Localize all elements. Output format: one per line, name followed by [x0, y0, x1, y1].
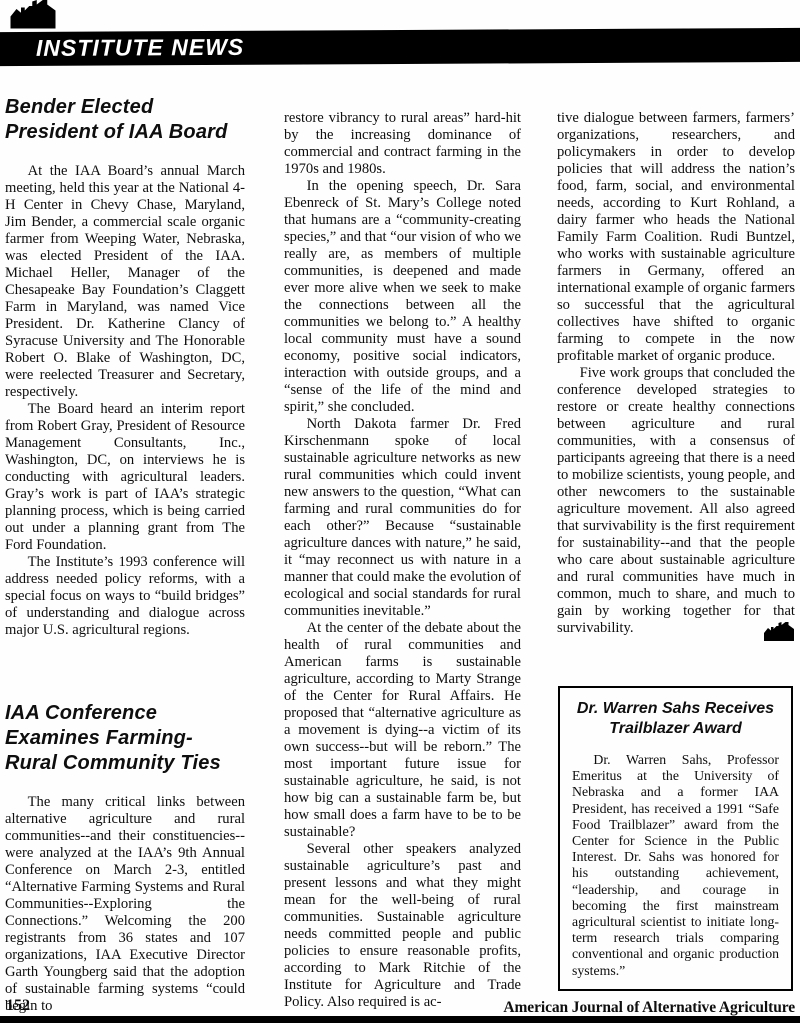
- journal-page: INSTITUTE NEWS Bender Elected President …: [0, 0, 800, 1023]
- barn-icon: [8, 0, 58, 30]
- body-paragraph: Dr. Warren Sahs, Professor Emeritus at t…: [572, 752, 779, 979]
- body-paragraph: North Dakota farmer Dr. Fred Kirschenman…: [284, 416, 521, 620]
- footer-rule: [0, 1016, 800, 1023]
- body-paragraph: Several other speakers analyzed sustaina…: [284, 841, 521, 1011]
- article-heading-conference: IAA Conference Examines Farming-Rural Co…: [5, 701, 245, 776]
- award-box: Dr. Warren Sahs Receives Trailblazer Awa…: [558, 686, 793, 991]
- body-paragraph: The Board heard an interim report from R…: [5, 401, 245, 554]
- column-2: restore vibrancy to rural areas” hard-hi…: [284, 110, 521, 1011]
- institute-news-banner: INSTITUTE NEWS: [0, 28, 800, 66]
- journal-title: American Journal of Alternative Agricult…: [503, 999, 795, 1017]
- article-iaa-conference: IAA Conference Examines Farming-Rural Co…: [5, 701, 245, 1015]
- body-paragraph: The Institute’s 1993 conference will add…: [5, 554, 245, 639]
- body-paragraph: The many critical links between alternat…: [5, 794, 245, 1015]
- award-box-heading: Dr. Warren Sahs Receives Trailblazer Awa…: [572, 699, 779, 739]
- body-paragraph: tive dialogue between farmers, farmers’ …: [557, 110, 795, 365]
- body-paragraph: At the IAA Board’s annual March meeting,…: [5, 163, 245, 401]
- body-paragraph: restore vibrancy to rural areas” hard-hi…: [284, 110, 521, 178]
- body-paragraph: In the opening speech, Dr. Sara Ebenreck…: [284, 178, 521, 416]
- barn-end-icon: [763, 622, 795, 642]
- article-heading-bender: Bender Elected President of IAA Board: [5, 95, 245, 145]
- page-number: 152: [6, 997, 30, 1015]
- banner-title: INSTITUTE NEWS: [36, 34, 244, 62]
- body-paragraph: Five work groups that concluded the conf…: [557, 365, 795, 637]
- column-1: Bender Elected President of IAA Board At…: [5, 95, 245, 1015]
- column-3: tive dialogue between farmers, farmers’ …: [557, 110, 795, 644]
- body-paragraph: At the center of the debate about the he…: [284, 620, 521, 841]
